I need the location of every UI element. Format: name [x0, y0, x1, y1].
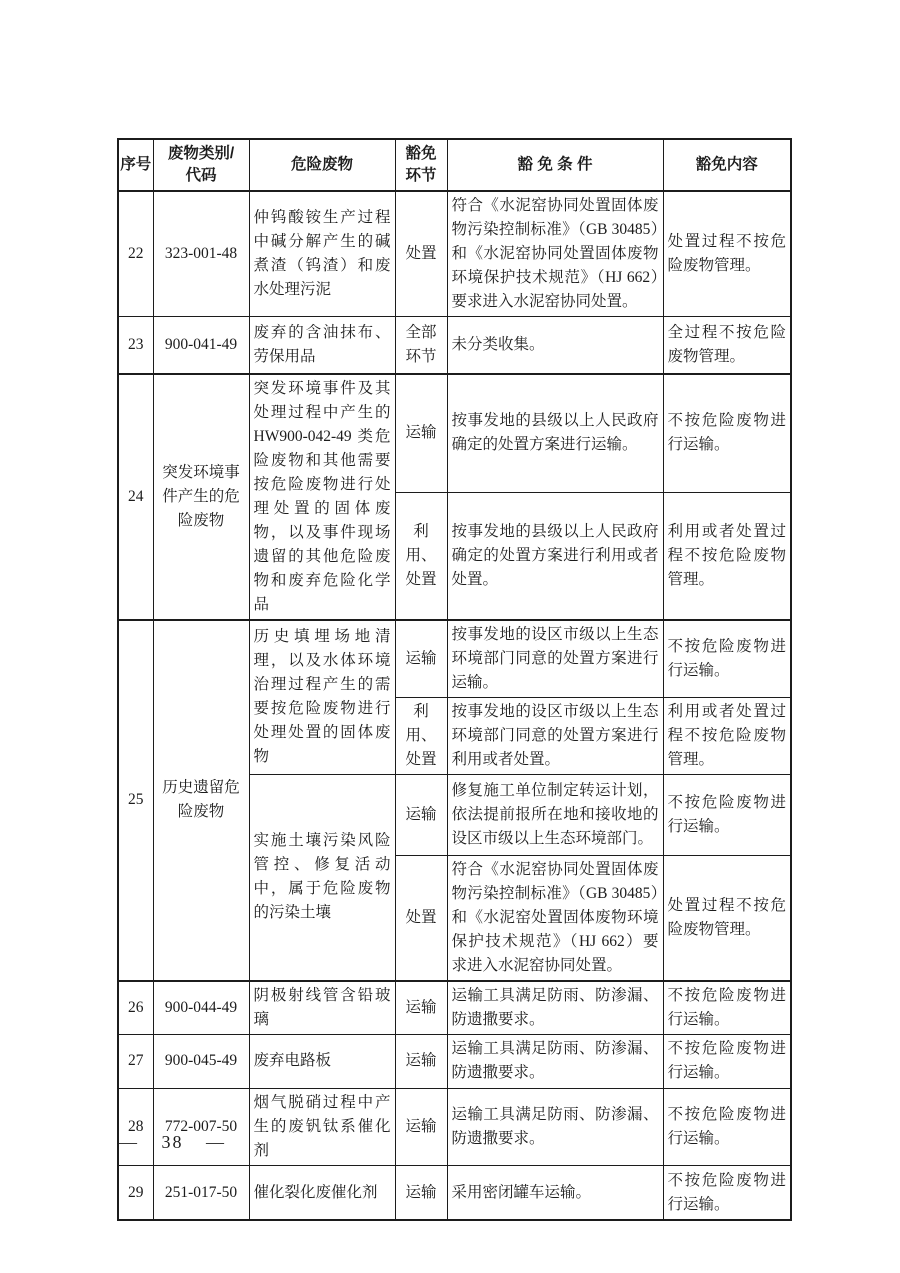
category-cell: 历史遗留危险废物: [153, 620, 249, 981]
content-cell: 不按危险废物进行运输。: [663, 981, 791, 1035]
serial-cell: 23: [118, 317, 153, 374]
serial-cell: 28: [118, 1088, 153, 1165]
header-category-code: 废物类别/ 代码: [153, 139, 249, 191]
table-row: 25 历史遗留危险废物 历史填埋场地清理，以及水体环境治理过程产生的需要按危险废…: [118, 620, 791, 698]
serial-cell: 25: [118, 620, 153, 981]
condition-cell: 按事发地的县级以上人民政府确定的处置方案进行运输。: [447, 374, 663, 493]
stage-cell: 处置: [395, 855, 447, 981]
code-cell: 900-045-49: [153, 1034, 249, 1088]
content-cell: 不按危险废物进行运输。: [663, 774, 791, 855]
waste-cell: 废弃电路板: [249, 1034, 395, 1088]
stage-cell: 全部 环节: [395, 317, 447, 374]
header-exempt-stage: 豁免 环节: [395, 139, 447, 191]
condition-cell: 运输工具满足防雨、防渗漏、防遗撒要求。: [447, 981, 663, 1035]
stage-cell: 运输: [395, 1165, 447, 1220]
table-row: 28 772-007-50 烟气脱硝过程中产生的废钒钛系催化剂 运输 运输工具满…: [118, 1088, 791, 1165]
content-cell: 全过程不按危险废物管理。: [663, 317, 791, 374]
condition-cell: 按事发地的县级以上人民政府确定的处置方案进行利用或者处置。: [447, 492, 663, 620]
condition-cell: 未分类收集。: [447, 317, 663, 374]
content-cell: 利用或者处置过程不按危险废物管理。: [663, 697, 791, 774]
condition-cell: 运输工具满足防雨、防渗漏、防遗撒要求。: [447, 1034, 663, 1088]
code-cell: 251-017-50: [153, 1165, 249, 1220]
waste-cell: 实施土壤污染风险管控、修复活动中，属于危险废物的污染土壤: [249, 774, 395, 981]
waste-cell: 催化裂化废催化剂: [249, 1165, 395, 1220]
serial-cell: 22: [118, 191, 153, 317]
stage-cell: 运输: [395, 1034, 447, 1088]
header-serial: 序号: [118, 139, 153, 191]
table-header-row: 序号 废物类别/ 代码 危险废物 豁免 环节 豁 免 条 件 豁免内容: [118, 139, 791, 191]
condition-cell: 修复施工单位制定转运计划，依法提前报所在地和接收地的设区市级以上生态环境部门。: [447, 774, 663, 855]
table-row: 27 900-045-49 废弃电路板 运输 运输工具满足防雨、防渗漏、防遗撒要…: [118, 1034, 791, 1088]
stage-cell: 运输: [395, 1088, 447, 1165]
document-page: 序号 废物类别/ 代码 危险废物 豁免 环节 豁 免 条 件 豁免内容 22 3…: [0, 0, 900, 1273]
stage-cell: 运输: [395, 374, 447, 493]
code-cell: 772-007-50: [153, 1088, 249, 1165]
content-cell: 处置过程不按危险废物管理。: [663, 855, 791, 981]
table-row: 24 突发环境事件产生的危险废物 突发环境事件及其处理过程中产生的HW900-0…: [118, 374, 791, 493]
content-cell: 处置过程不按危险废物管理。: [663, 191, 791, 317]
stage-cell: 处置: [395, 191, 447, 317]
waste-cell: 阴极射线管含铅玻璃: [249, 981, 395, 1035]
stage-cell: 运输: [395, 774, 447, 855]
table-row: 26 900-044-49 阴极射线管含铅玻璃 运输 运输工具满足防雨、防渗漏、…: [118, 981, 791, 1035]
stage-cell: 运输: [395, 981, 447, 1035]
waste-cell: 历史填埋场地清理，以及水体环境治理过程产生的需要按危险废物进行处理处置的固体废物: [249, 620, 395, 775]
serial-cell: 27: [118, 1034, 153, 1088]
content-cell: 不按危险废物进行运输。: [663, 1165, 791, 1220]
page-number: — 38 —: [119, 1132, 226, 1153]
table-row: 29 251-017-50 催化裂化废催化剂 运输 采用密闭罐车运输。 不按危险…: [118, 1165, 791, 1220]
content-cell: 不按危险废物进行运输。: [663, 1034, 791, 1088]
code-cell: 900-041-49: [153, 317, 249, 374]
category-cell: 突发环境事件产生的危险废物: [153, 374, 249, 620]
header-exempt-condition: 豁 免 条 件: [447, 139, 663, 191]
content-cell: 不按危险废物进行运输。: [663, 374, 791, 493]
condition-cell: 符合《水泥窑协同处置固体废物污染控制标准》（GB 30485）和《水泥窑协同处置…: [447, 191, 663, 317]
condition-cell: 符合《水泥窑协同处置固体废物污染控制标准》（GB 30485）和《水泥窑处置固体…: [447, 855, 663, 981]
code-cell: 900-044-49: [153, 981, 249, 1035]
header-exempt-content: 豁免内容: [663, 139, 791, 191]
condition-cell: 采用密闭罐车运输。: [447, 1165, 663, 1220]
content-cell: 利用或者处置过程不按危险废物管理。: [663, 492, 791, 620]
serial-cell: 26: [118, 981, 153, 1035]
table-row: 22 323-001-48 仲钨酸铵生产过程中碱分解产生的碱煮渣（钨渣）和废水处…: [118, 191, 791, 317]
exemption-table: 序号 废物类别/ 代码 危险废物 豁免 环节 豁 免 条 件 豁免内容 22 3…: [117, 138, 792, 1221]
table-row: 23 900-041-49 废弃的含油抹布、劳保用品 全部 环节 未分类收集。 …: [118, 317, 791, 374]
stage-cell: 利用、 处置: [395, 492, 447, 620]
waste-cell: 废弃的含油抹布、劳保用品: [249, 317, 395, 374]
condition-cell: 按事发地的设区市级以上生态环境部门同意的处置方案进行运输。: [447, 620, 663, 698]
waste-cell: 仲钨酸铵生产过程中碱分解产生的碱煮渣（钨渣）和废水处理污泥: [249, 191, 395, 317]
stage-cell: 利用、 处置: [395, 697, 447, 774]
condition-cell: 运输工具满足防雨、防渗漏、防遗撒要求。: [447, 1088, 663, 1165]
waste-cell: 烟气脱硝过程中产生的废钒钛系催化剂: [249, 1088, 395, 1165]
serial-cell: 29: [118, 1165, 153, 1220]
waste-cell: 突发环境事件及其处理过程中产生的HW900-042-49 类危险废物和其他需要按…: [249, 374, 395, 620]
content-cell: 不按危险废物进行运输。: [663, 1088, 791, 1165]
condition-cell: 按事发地的设区市级以上生态环境部门同意的处置方案进行利用或者处置。: [447, 697, 663, 774]
stage-cell: 运输: [395, 620, 447, 698]
code-cell: 323-001-48: [153, 191, 249, 317]
serial-cell: 24: [118, 374, 153, 620]
header-hazardous-waste: 危险废物: [249, 139, 395, 191]
content-cell: 不按危险废物进行运输。: [663, 620, 791, 698]
